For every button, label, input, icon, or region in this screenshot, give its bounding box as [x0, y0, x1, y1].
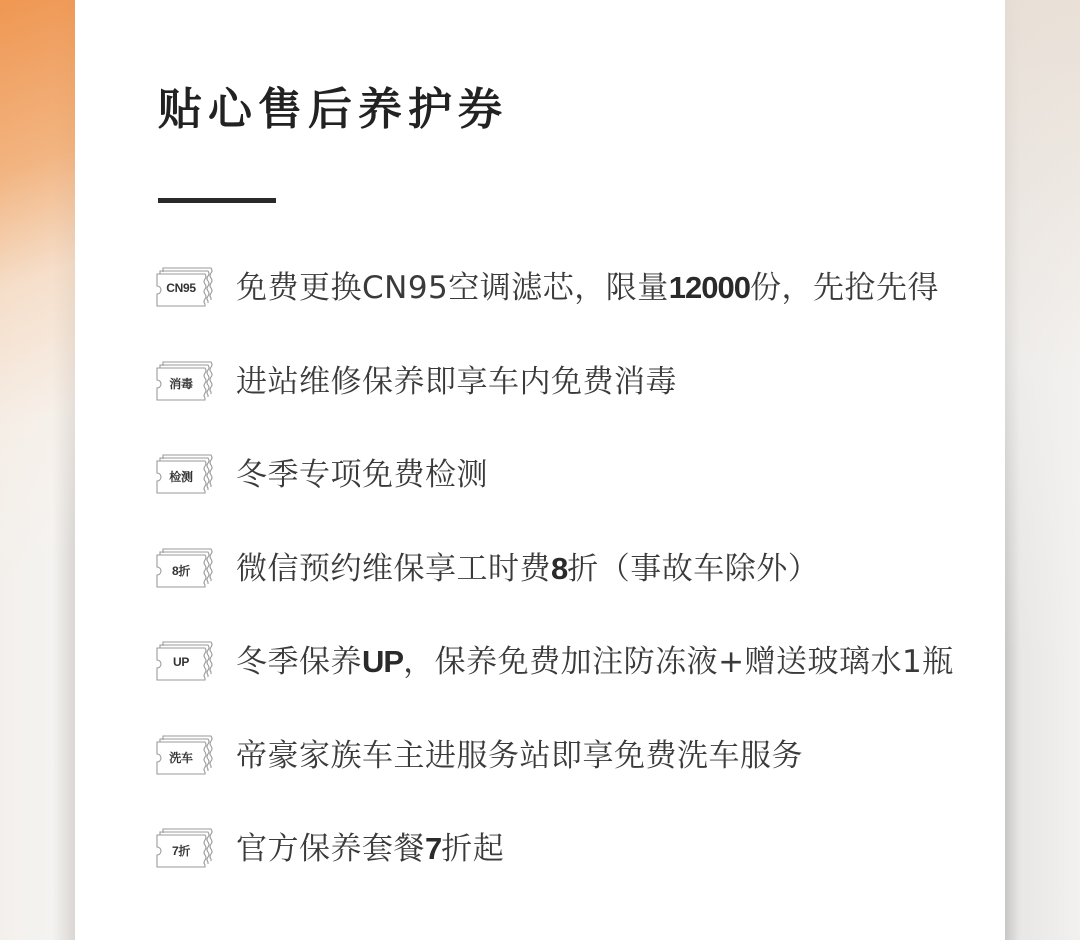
coupon-text: 官方保养套餐7折起: [236, 823, 504, 875]
coupon-text: 冬季专项免费检测: [236, 449, 488, 501]
list-item: 8折 微信预约维保享工时费8折（事故车除外）: [155, 543, 954, 637]
title-divider: [158, 198, 276, 203]
ticket-badge-label: 7折: [159, 842, 203, 859]
list-item: 7折 官方保养套餐7折起: [155, 823, 954, 917]
coupon-text: 微信预约维保享工时费8折（事故车除外）: [236, 543, 819, 595]
list-item: 检测 冬季专项免费检测: [155, 449, 954, 543]
list-item: 消毒 进站维修保养即享车内免费消毒: [155, 356, 954, 450]
ticket-icon: 消毒: [155, 360, 217, 404]
ticket-icon: 8折: [155, 547, 217, 591]
coupon-card: 贴心售后养护券 CN95 免费更换CN95空调滤芯，限量12000份，先抢先得: [75, 0, 1005, 940]
list-item: 洗车 帝豪家族车主进服务站即享免费洗车服务: [155, 730, 954, 824]
coupon-list: CN95 免费更换CN95空调滤芯，限量12000份，先抢先得 消毒 进站维修保…: [155, 262, 954, 917]
ticket-icon: 检测: [155, 453, 217, 497]
coupon-text: 冬季保养UP，保养免费加注防冻液+赠送玻璃水1瓶: [236, 636, 954, 688]
ticket-badge-label: UP: [159, 655, 203, 669]
ticket-icon: 洗车: [155, 734, 217, 778]
ticket-icon: UP: [155, 640, 217, 684]
coupon-text: 免费更换CN95空调滤芯，限量12000份，先抢先得: [236, 262, 939, 314]
background-left-gradient: [0, 0, 75, 940]
ticket-icon: CN95: [155, 266, 217, 310]
coupon-text: 进站维修保养即享车内免费消毒: [236, 356, 677, 408]
ticket-badge-label: 洗车: [159, 749, 203, 766]
ticket-badge-label: 检测: [159, 468, 203, 485]
list-item: UP 冬季保养UP，保养免费加注防冻液+赠送玻璃水1瓶: [155, 636, 954, 730]
background-right-gradient: [1005, 0, 1080, 940]
ticket-badge-label: CN95: [159, 281, 203, 295]
ticket-badge-label: 8折: [159, 562, 203, 579]
list-item: CN95 免费更换CN95空调滤芯，限量12000份，先抢先得: [155, 262, 954, 356]
page-title: 贴心售后养护券: [158, 84, 508, 136]
coupon-text: 帝豪家族车主进服务站即享免费洗车服务: [236, 730, 803, 782]
ticket-badge-label: 消毒: [159, 375, 203, 392]
ticket-icon: 7折: [155, 827, 217, 871]
